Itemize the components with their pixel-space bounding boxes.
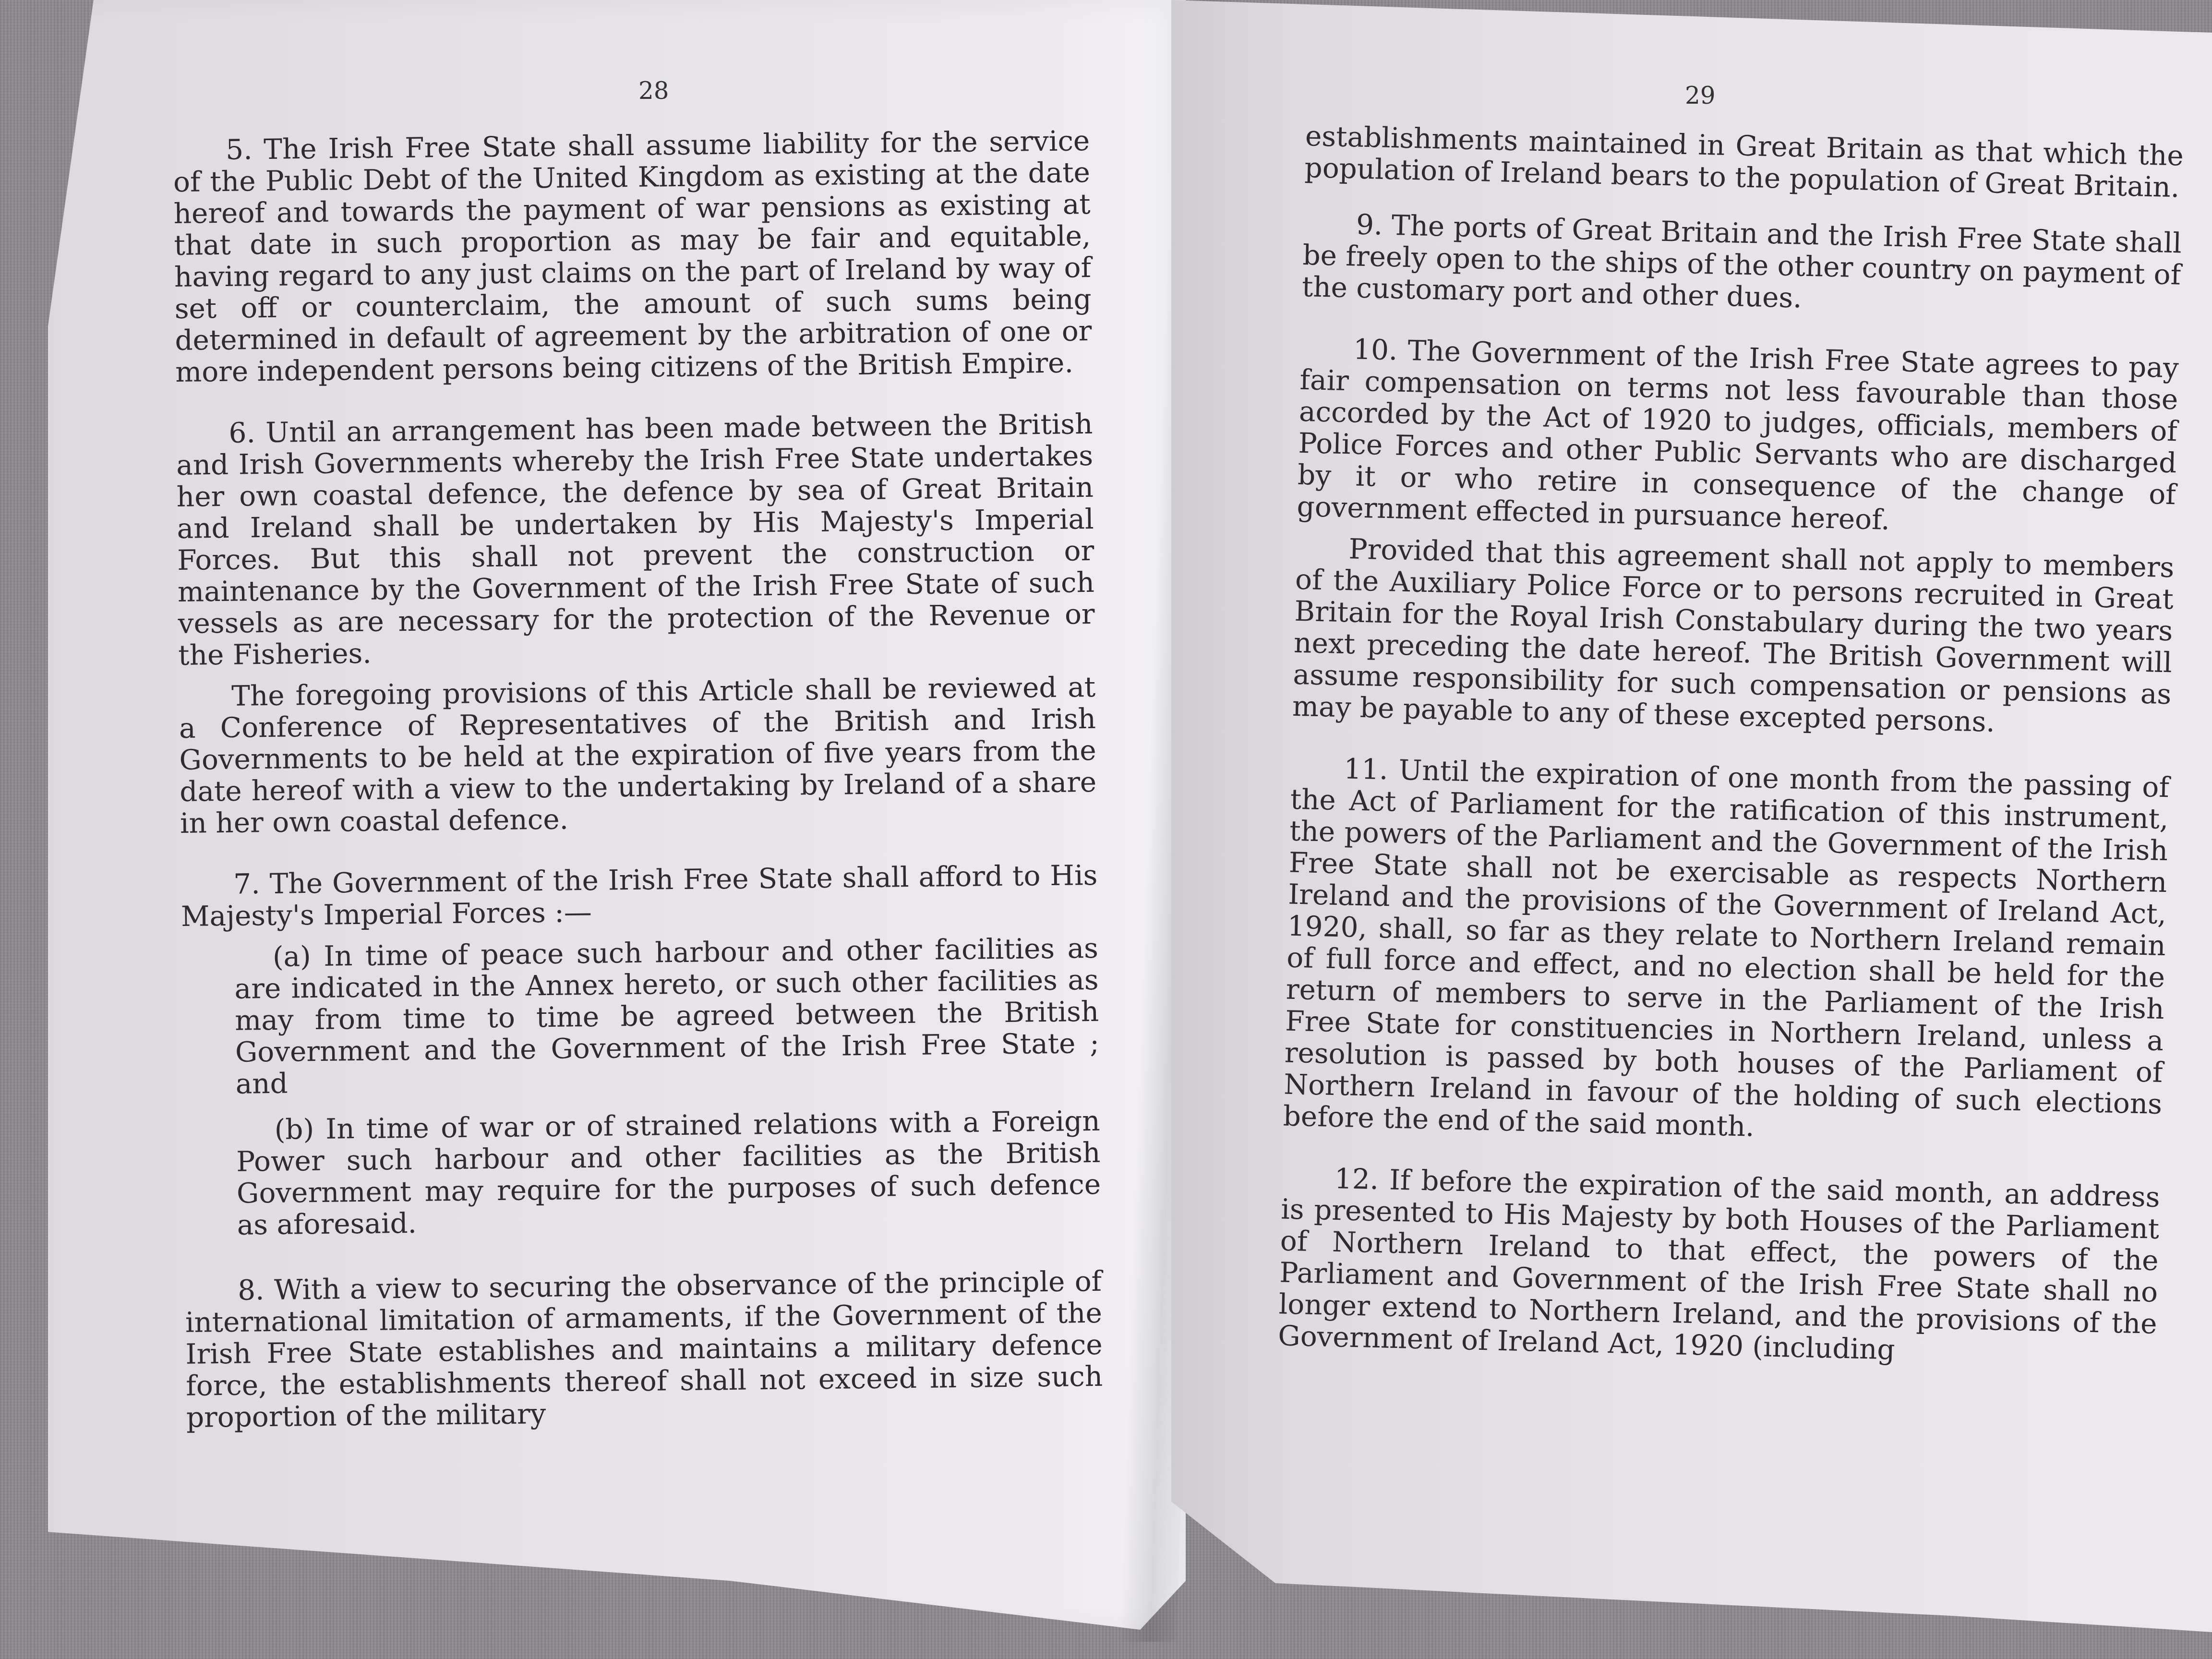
page-number-left: 28 — [638, 77, 669, 105]
article-11-paragraph: 11. Until the expiration of one month fr… — [1283, 752, 2169, 1152]
open-book-spread: 28 5. The Irish Free State shall assume … — [0, 0, 2212, 1659]
article-8-continuation: establishments maintained in Great Brita… — [1304, 120, 2184, 203]
article-5-paragraph: 5. The Irish Free State shall assume lia… — [173, 125, 1092, 388]
article-7b-clause: (b) In time of war or of strained relati… — [236, 1105, 1101, 1241]
page-number-right: 29 — [1685, 82, 1716, 109]
left-page-text-column: 5. The Irish Free State shall assume lia… — [173, 125, 1104, 1463]
article-12-paragraph: 12. If before the expiration of the said… — [1278, 1161, 2161, 1371]
right-page-text-column: establishments maintained in Great Brita… — [1277, 120, 2184, 1401]
article-9-paragraph: 9. The ports of Great Britain and the Ir… — [1301, 207, 2182, 322]
right-page: 29 establishments maintained in Great Br… — [1171, 0, 2212, 1632]
article-8-paragraph: 8. With a view to securing the observanc… — [185, 1265, 1103, 1433]
article-10-paragraph: 10. The Government of the Irish Free Sta… — [1297, 332, 2179, 542]
article-6-review-paragraph: The foregoing provisions of this Article… — [179, 671, 1097, 839]
article-7-paragraph: 7. The Government of the Irish Free Stat… — [180, 859, 1098, 932]
article-10-proviso-paragraph: Provided that this agreement shall not a… — [1292, 532, 2175, 742]
article-7a-clause: (a) In time of peace such harbour and ot… — [234, 932, 1100, 1100]
left-page: 28 5. The Irish Free State shall assume … — [48, 0, 1186, 1630]
article-6-paragraph: 6. Until an arrangement has been made be… — [176, 408, 1095, 671]
